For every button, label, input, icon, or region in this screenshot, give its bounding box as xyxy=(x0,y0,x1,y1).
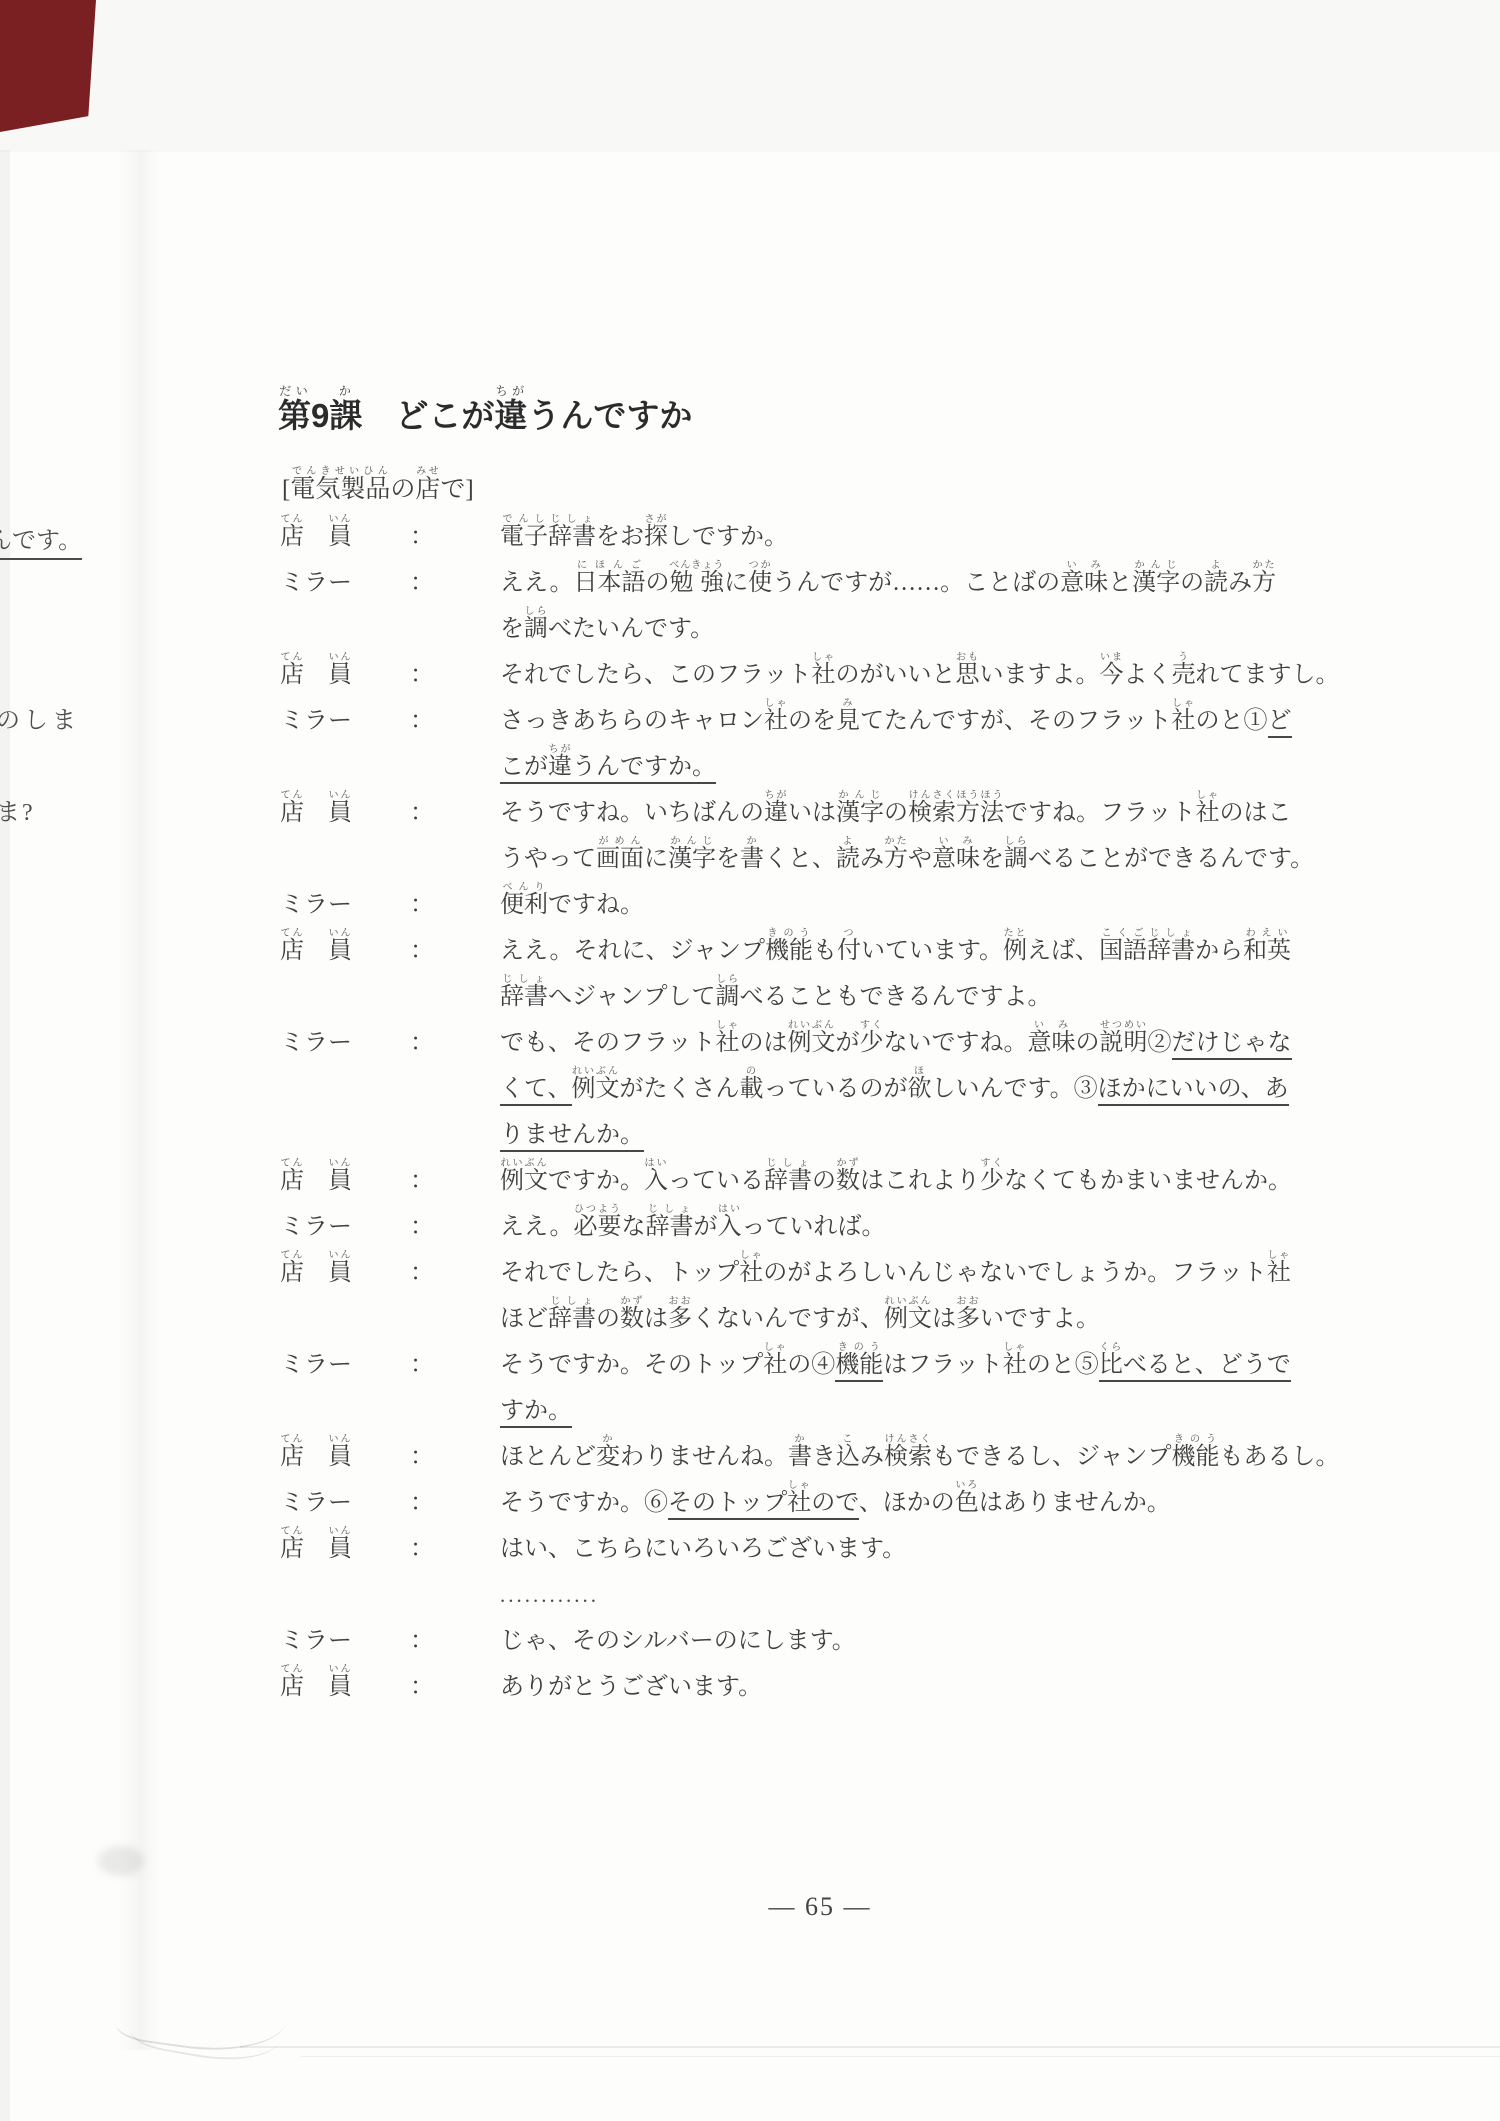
text-run: な xyxy=(621,1214,645,1240)
text-run: はありませんか。 xyxy=(979,1490,1171,1516)
text-run: を xyxy=(500,616,524,642)
book-cover-corner xyxy=(0,0,96,132)
furigana-text: 入はい xyxy=(717,1214,741,1240)
dialogue-line: 電子辞書でんしじしょをお探さがしですか。 xyxy=(500,514,1450,560)
text-run: ： xyxy=(410,1250,434,1296)
dialogue-lines: そうですね。いちばんの違ちがいは漢字かんじの検索方法けんさくほうほうですね。フラ… xyxy=(448,790,1450,882)
furigana-text: 日本語にほんご xyxy=(573,570,645,596)
dialogue-lines: ええ。必要ひつような辞書じしょが入はいっていれば。 xyxy=(448,1204,1450,1250)
speaker-label: 店てん 員いん： xyxy=(280,1664,448,1710)
furigana-text: 店てん xyxy=(280,514,304,560)
ellipsis-line: ............ xyxy=(500,1572,1450,1618)
text-run: ええ。 xyxy=(500,1214,573,1240)
speaker-label: ミラー： xyxy=(280,1020,448,1066)
dialogue-lines: 例文れいぶんですか。入はいっている辞書じしょの数かずはこれより少すくなくてもかま… xyxy=(448,1158,1450,1204)
furigana-text: 社しゃ xyxy=(1003,1352,1027,1378)
dialogue-line: くて、例文れいぶんがたくさん載のっているのが欲ほしいんです。③ほかにいいの、あ xyxy=(500,1066,1450,1112)
speaker-label: 店てん 員いん： xyxy=(280,514,448,560)
text-run: ： xyxy=(410,1480,434,1526)
furigana-text: 今いま xyxy=(1100,662,1124,688)
furigana-text: 店てん xyxy=(280,790,304,836)
furigana-text: 社しゃ xyxy=(763,1352,787,1378)
text-run: の xyxy=(884,800,908,826)
text-run: のがいいと xyxy=(836,662,956,688)
text-run: ミラー xyxy=(280,1342,352,1388)
text-run: ええ。 xyxy=(500,570,573,596)
furigana-text: 検索方法けんさくほうほう xyxy=(908,800,1004,826)
speaker-label: 店てん 員いん： xyxy=(280,1158,448,1204)
furigana-text: 意味いみ xyxy=(1028,1030,1076,1056)
speaker-label xyxy=(280,1572,448,1618)
text-run xyxy=(304,790,328,836)
dialogue-line: そうですか。そのトップ社しゃの④機能きのうはフラット社しゃのと⑤比くらべると、ど… xyxy=(500,1342,1450,1388)
furigana-text: 電気製品でんきせいひん xyxy=(290,476,390,503)
text-run xyxy=(304,1250,328,1296)
text-run: べたいんです。 xyxy=(548,616,714,642)
dialogue-line: はい、こちらにいろいろございます。 xyxy=(500,1526,1450,1572)
furigana-text: 員いん xyxy=(328,514,352,560)
text-run: べると、どうで xyxy=(1123,1352,1291,1378)
dialogue-turn: ミラー：じゃ、そのシルバーのにします。 xyxy=(280,1618,1450,1664)
furigana-text: 社しゃ xyxy=(716,1030,740,1056)
scene-setting-line: [電気製品でんきせいひんの店みせで] xyxy=(282,466,474,505)
text-run: を xyxy=(980,846,1004,872)
furigana-text: 員いん xyxy=(328,790,352,836)
underlined-text: くて、 xyxy=(500,1076,572,1106)
dialogue-section: 店てん 員いん：電子辞書でんしじしょをお探さがしですか。ミラー：ええ。日本語にほ… xyxy=(280,514,1450,1710)
furigana-text: 探さが xyxy=(644,524,668,550)
furigana-text: 方かた xyxy=(884,846,908,872)
dialogue-line: こが違ちがうんですか。 xyxy=(500,744,1450,790)
text-run: べることができるんです。 xyxy=(1028,846,1314,872)
dialogue-line: ええ。必要ひつような辞書じしょが入はいっていれば。 xyxy=(500,1204,1450,1250)
scanned-textbook-page: 第だい9課か どこが違ちがうんですか [電気製品でんきせいひんの店みせで] 店て… xyxy=(0,0,1500,2121)
furigana-text: 売う xyxy=(1172,662,1196,688)
dialogue-line: を調しらべたいんです。 xyxy=(500,606,1450,652)
text-run: へジャンプして xyxy=(548,984,716,1010)
text-run: ほとんど xyxy=(500,1444,596,1470)
furigana-text: 付つ xyxy=(837,938,861,964)
furigana-text: 店てん xyxy=(280,1434,304,1480)
margin-text-fragment: ま? xyxy=(0,792,35,827)
furigana-text: 辞書じしょ xyxy=(764,1168,812,1194)
text-run: はこれより xyxy=(860,1168,980,1194)
text-run: っている xyxy=(668,1168,764,1194)
text-run: に xyxy=(724,570,748,596)
dialogue-turn: 店てん 員いん：電子辞書でんしじしょをお探さがしですか。 xyxy=(280,514,1450,560)
furigana-text: 辞書じしょ xyxy=(548,1306,596,1332)
underlined-text: ほかにいいの、あ xyxy=(1098,1076,1289,1106)
furigana-text: 店てん xyxy=(280,652,304,698)
furigana-text: 社しゃ xyxy=(1172,708,1196,734)
text-run: うやって xyxy=(500,846,596,872)
underlined-text: そのトップ xyxy=(668,1490,787,1520)
furigana-text: 説明せつめい xyxy=(1100,1030,1148,1056)
dialogue-line: でも、そのフラット社しゃのは例文れいぶんが少すくないですね。意味いみの説明せつめ… xyxy=(500,1020,1450,1066)
furigana-text: 意味いみ xyxy=(932,846,980,872)
furigana-text: 多おお xyxy=(668,1306,692,1332)
speaker-label: 店てん 員いん： xyxy=(280,790,448,836)
text-run: ほど xyxy=(500,1306,548,1332)
text-run: が xyxy=(693,1214,717,1240)
furigana-text: 読よ xyxy=(836,846,860,872)
text-run: ： xyxy=(410,1020,434,1066)
text-run: ミラー xyxy=(280,560,352,606)
furigana-text: 員いん xyxy=(328,652,352,698)
text-run: はい、こちらにいろいろございます。 xyxy=(500,1536,906,1562)
dialogue-turn: ミラー：便利べんりですね。 xyxy=(280,882,1450,928)
text-run: ： xyxy=(410,1434,434,1480)
dialogue-lines: ええ。日本語にほんごの勉 強べんきょうに使つかうんですが……。ことばの意味いみと… xyxy=(448,560,1450,652)
text-run xyxy=(304,1664,328,1710)
dialogue-turn: 店てん 員いん：ありがとうございます。 xyxy=(280,1664,1450,1710)
text-run: み xyxy=(860,1444,884,1470)
furigana-text: 例文れいぶん xyxy=(788,1030,836,1056)
text-run: は xyxy=(932,1306,956,1332)
underlined-text: 違ちが xyxy=(548,754,572,784)
furigana-text: 込こ xyxy=(836,1444,860,1470)
text-run: ミラー xyxy=(280,698,352,744)
text-run: ............ xyxy=(500,1583,599,1607)
dialogue-line: さっきあちらのキャロン社しゃのを見みてたんですが、そのフラット社しゃのと①ど xyxy=(500,698,1450,744)
text-run: いています。 xyxy=(861,938,1003,964)
text-run: の xyxy=(1180,570,1204,596)
furigana-text: 検索けんさく xyxy=(884,1444,932,1470)
page-left-edge xyxy=(0,150,10,2121)
text-run: ： xyxy=(410,882,434,928)
lesson-title: 第だい9課か どこが違ちがうんですか xyxy=(278,384,692,434)
text-run: ： xyxy=(410,1158,434,1204)
dialogue-turn: 店てん 員いん：ええ。それに、ジャンプ機能きのうも付ついています。例たとえば、国… xyxy=(280,928,1450,1020)
text-run xyxy=(304,928,328,974)
furigana-text: 社しゃ xyxy=(812,662,836,688)
text-run: うんですか。 xyxy=(572,754,716,780)
furigana-text: 例たと xyxy=(1003,938,1027,964)
furigana-text: 多おお xyxy=(956,1306,980,1332)
text-run: っているのが xyxy=(764,1076,908,1102)
furigana-text: 必要ひつよう xyxy=(573,1214,621,1240)
furigana-text: 漢字かんじ xyxy=(1132,570,1180,596)
speaker-label: 店てん 員いん： xyxy=(280,1434,448,1480)
furigana-text: 第だい xyxy=(278,397,311,434)
furigana-text: 社しゃ xyxy=(739,1260,763,1286)
text-run: み xyxy=(860,846,884,872)
dialogue-turn: 店てん 員いん：そうですね。いちばんの違ちがいは漢字かんじの検索方法けんさくほう… xyxy=(280,790,1450,882)
furigana-text: 調しら xyxy=(716,984,740,1010)
dialogue-line: 例文れいぶんですか。入はいっている辞書じしょの数かずはこれより少すくなくてもかま… xyxy=(500,1158,1450,1204)
text-run: ② xyxy=(1148,1030,1172,1056)
furigana-text: 店てん xyxy=(280,1158,304,1204)
dialogue-turn: ミラー：そうですか。⑥そのトップ社しゃので、ほかの色いろはありませんか。 xyxy=(280,1480,1450,1526)
furigana-text: 書か xyxy=(740,846,764,872)
text-run: ： xyxy=(410,698,434,744)
text-run: ミラー xyxy=(280,882,352,928)
furigana-text: 違ちが xyxy=(548,754,572,780)
text-run: ： xyxy=(410,1664,434,1710)
furigana-text: 便利べんり xyxy=(500,892,548,918)
furigana-text: 例文れいぶん xyxy=(884,1306,932,1332)
text-run: の xyxy=(390,476,415,503)
furigana-text: 思おも xyxy=(956,662,980,688)
text-run: のはこ xyxy=(1220,800,1292,826)
text-run: ： xyxy=(410,1204,434,1250)
page-number: — 65 — xyxy=(280,1892,1360,1922)
text-run: てたんですが、そのフラット xyxy=(860,708,1172,734)
text-run: をお xyxy=(596,524,644,550)
dialogue-turn: ............ xyxy=(280,1572,1450,1618)
text-run: ： xyxy=(410,790,434,836)
text-run: さっきあちらのキャロン xyxy=(500,708,764,734)
text-run: き xyxy=(812,1444,836,1470)
text-run: のがよろしいんじゃないでしょうか。フラット xyxy=(763,1260,1267,1286)
furigana-text: 員いん xyxy=(328,1250,352,1296)
dialogue-line: そうですか。⑥そのトップ社しゃので、ほかの色いろはありませんか。 xyxy=(500,1480,1450,1526)
dialogue-line: ありがとうございます。 xyxy=(500,1664,1450,1710)
text-run: ： xyxy=(410,560,434,606)
dialogue-line: すか。 xyxy=(500,1388,1450,1434)
dialogue-line: 辞書じしょへジャンプして調しらべることもできるんですよ。 xyxy=(500,974,1450,1020)
underlined-text: すか。 xyxy=(500,1398,572,1428)
furigana-text: 載の xyxy=(740,1076,764,1102)
text-run: の xyxy=(812,1168,836,1194)
furigana-text: 和英わえい xyxy=(1243,938,1291,964)
text-run: のを xyxy=(788,708,836,734)
text-run: うんですか xyxy=(527,397,692,434)
text-run: も xyxy=(813,938,837,964)
dialogue-turn: 店てん 員いん：ほとんど変かわりませんね。書かき込こみ検索けんさくもできるし、ジ… xyxy=(280,1434,1450,1480)
dialogue-turn: ミラー：そうですか。そのトップ社しゃの④機能きのうはフラット社しゃのと⑤比くらべ… xyxy=(280,1342,1450,1434)
furigana-text: 読よ xyxy=(1204,570,1228,596)
furigana-text: 違ちが xyxy=(494,397,527,434)
text-run: そうですね。いちばんの xyxy=(500,800,764,826)
text-run: ですね。 xyxy=(548,892,644,918)
dialogue-line: ええ。日本語にほんごの勉 強べんきょうに使つかうんですが……。ことばの意味いみと… xyxy=(500,560,1450,606)
furigana-text: 勉 強べんきょう xyxy=(669,570,724,596)
text-run: そのトップ xyxy=(668,1490,787,1516)
text-run: しいんです。③ xyxy=(932,1076,1098,1102)
dialogue-turn: ミラー：さっきあちらのキャロン社しゃのを見みてたんですが、そのフラット社しゃのと… xyxy=(280,698,1450,790)
dialogue-lines: 電子辞書でんしじしょをお探さがしですか。 xyxy=(448,514,1450,560)
text-run: のと⑤ xyxy=(1027,1352,1099,1378)
text-run: ミラー xyxy=(280,1204,352,1250)
furigana-text: 課か xyxy=(329,397,362,434)
dialogue-lines: そうですか。そのトップ社しゃの④機能きのうはフラット社しゃのと⑤比くらべると、ど… xyxy=(448,1342,1450,1434)
text-run: こが xyxy=(500,754,548,780)
text-run: の xyxy=(1076,1030,1100,1056)
dialogue-line: りませんか。 xyxy=(500,1112,1450,1158)
text-run: が xyxy=(836,1030,860,1056)
page-gutter-shadow xyxy=(118,150,160,2050)
text-run: もあるし。 xyxy=(1220,1444,1340,1470)
dialogue-line: ほど辞書じしょの数かずは多おおくないんですが、例文れいぶんは多おおいですよ。 xyxy=(500,1296,1450,1342)
furigana-text: 例文れいぶん xyxy=(572,1076,620,1102)
speaker-label: 店てん 員いん： xyxy=(280,928,448,974)
text-run: で] xyxy=(440,476,473,503)
text-run: それでしたら、このフラット xyxy=(500,662,812,688)
text-run: ええ。それに、ジャンプ xyxy=(500,938,765,964)
text-run: しですか。 xyxy=(668,524,788,550)
text-run: ありがとうございます。 xyxy=(500,1674,762,1700)
dialogue-turn: ミラー：でも、そのフラット社しゃのは例文れいぶんが少すくないですね。意味いみの説… xyxy=(280,1020,1450,1158)
text-run: えば、 xyxy=(1027,938,1099,964)
text-run xyxy=(304,1434,328,1480)
page-bottom-edge xyxy=(300,2056,1500,2057)
text-run: の xyxy=(645,570,669,596)
furigana-text: 店てん xyxy=(280,1526,304,1572)
dialogue-line: そうですね。いちばんの違ちがいは漢字かんじの検索方法けんさくほうほうですね。フラ… xyxy=(500,790,1450,836)
text-run: ど xyxy=(1268,708,1292,734)
page-bottom-edge xyxy=(240,2046,1500,2048)
speaker-label: ミラー： xyxy=(280,1618,448,1664)
text-run: すか。 xyxy=(500,1398,572,1424)
text-run: ： xyxy=(410,1342,434,1388)
furigana-text: 違ちが xyxy=(764,800,788,826)
speaker-label: ミラー： xyxy=(280,560,448,606)
furigana-text: 機能きのう xyxy=(765,938,813,964)
dialogue-line: じゃ、そのシルバーのにします。 xyxy=(500,1618,1450,1664)
text-run: ミラー xyxy=(280,1480,352,1526)
dialogue-turn: 店てん 員いん：例文れいぶんですか。入はいっている辞書じしょの数かずはこれより少… xyxy=(280,1158,1450,1204)
scan-top-strip xyxy=(0,0,1500,152)
furigana-text: 員いん xyxy=(328,1158,352,1204)
text-run: は xyxy=(644,1306,668,1332)
text-run: もできるし、ジャンプ xyxy=(932,1444,1172,1470)
text-run xyxy=(304,1526,328,1572)
dialogue-turn: 店てん 員いん：はい、こちらにいろいろございます。 xyxy=(280,1526,1450,1572)
furigana-text: 店みせ xyxy=(415,476,440,503)
text-run: なくてもかまいませんか。 xyxy=(1004,1168,1292,1194)
furigana-text: 入はい xyxy=(644,1168,668,1194)
furigana-text: 調しら xyxy=(1004,846,1028,872)
text-run: でも、そのフラット xyxy=(500,1030,716,1056)
furigana-text: 店てん xyxy=(280,1664,304,1710)
furigana-text: 辞書じしょ xyxy=(500,984,548,1010)
text-run: そうですか。⑥ xyxy=(500,1490,668,1516)
furigana-text: 少すく xyxy=(980,1168,1004,1194)
furigana-text: 数かず xyxy=(620,1306,644,1332)
text-run: み xyxy=(1228,570,1252,596)
text-run: ： xyxy=(410,928,434,974)
text-run: りませんか。 xyxy=(500,1122,644,1148)
underlined-text: ので xyxy=(811,1490,859,1520)
text-run: そうですか。そのトップ xyxy=(500,1352,763,1378)
text-run: じゃ、そのシルバーのにします。 xyxy=(500,1628,856,1654)
furigana-text: 漢字かんじ xyxy=(836,800,884,826)
dialogue-lines: さっきあちらのキャロン社しゃのを見みてたんですが、そのフラット社しゃのと①どこが… xyxy=(448,698,1450,790)
text-run: の xyxy=(596,1306,620,1332)
underlined-text: だけじゃな xyxy=(1172,1030,1292,1060)
furigana-text: 漢字かんじ xyxy=(668,846,716,872)
speaker-label: ミラー： xyxy=(280,882,448,928)
dialogue-turn: 店てん 員いん：それでしたら、トップ社しゃのがよろしいんじゃないでしょうか。フラ… xyxy=(280,1250,1450,1342)
furigana-text: 機能きのう xyxy=(835,1352,883,1378)
dialogue-lines: ありがとうございます。 xyxy=(448,1664,1450,1710)
furigana-text: 店てん xyxy=(280,928,304,974)
furigana-text: 店てん xyxy=(280,1250,304,1296)
text-run: どこが xyxy=(395,397,494,434)
text-run: べることもできるんですよ。 xyxy=(740,984,1052,1010)
text-run: がたくさん xyxy=(620,1076,740,1102)
underlined-text: うんですか。 xyxy=(572,754,716,784)
text-run xyxy=(304,1158,328,1204)
furigana-text: 国語辞書こくごじしょ xyxy=(1099,938,1195,964)
dialogue-lines: はい、こちらにいろいろございます。 xyxy=(448,1526,1450,1572)
furigana-text: 方かた xyxy=(1252,570,1276,596)
scan-smudge xyxy=(98,1846,144,1876)
furigana-text: 書か xyxy=(788,1444,812,1470)
furigana-text: 員いん xyxy=(328,1526,352,1572)
text-run: ： xyxy=(410,1526,434,1572)
text-run: のと① xyxy=(1196,708,1268,734)
text-run xyxy=(304,514,328,560)
dialogue-lines: ............ xyxy=(448,1572,1450,1618)
text-run: から xyxy=(1195,938,1243,964)
dialogue-lines: ええ。それに、ジャンプ機能きのうも付ついています。例たとえば、国語辞書こくごじし… xyxy=(448,928,1450,1020)
text-run: ： xyxy=(410,514,434,560)
dialogue-line: それでしたら、トップ社しゃのがよろしいんじゃないでしょうか。フラット社しゃ xyxy=(500,1250,1450,1296)
dialogue-lines: そうですか。⑥そのトップ社しゃので、ほかの色いろはありませんか。 xyxy=(448,1480,1450,1526)
furigana-text: 社しゃ xyxy=(787,1490,811,1516)
text-run: ： xyxy=(410,1618,434,1664)
text-run: それでしたら、トップ xyxy=(500,1260,739,1286)
speaker-label: 店てん 員いん： xyxy=(280,1250,448,1296)
dialogue-turn: ミラー：ええ。日本語にほんごの勉 強べんきょうに使つかうんですが……。ことばの意… xyxy=(280,560,1450,652)
speaker-label: 店てん 員いん： xyxy=(280,652,448,698)
text-run: 9 xyxy=(311,397,329,434)
text-run: ミラー xyxy=(280,1618,352,1664)
text-run: ですね。フラット xyxy=(1004,800,1196,826)
furigana-text: 員いん xyxy=(328,1664,352,1710)
furigana-text: 社しゃ xyxy=(1196,800,1220,826)
furigana-text: 社しゃ xyxy=(764,708,788,734)
margin-text-fragment: のしま xyxy=(0,700,80,735)
furigana-text: 意味いみ xyxy=(1060,570,1108,596)
furigana-text: 変か xyxy=(596,1444,620,1470)
dialogue-line: ええ。それに、ジャンプ機能きのうも付ついています。例たとえば、国語辞書こくごじし… xyxy=(500,928,1450,974)
underlined-text: こが xyxy=(500,754,548,784)
text-run: を xyxy=(716,846,740,872)
furigana-text: 比くら xyxy=(1099,1352,1123,1378)
dialogue-lines: それでしたら、トップ社しゃのがよろしいんじゃないでしょうか。フラット社しゃほど辞… xyxy=(448,1250,1450,1342)
text-run: ミラー xyxy=(280,1020,352,1066)
furigana-text: 例文れいぶん xyxy=(500,1168,548,1194)
furigana-text: 数かず xyxy=(836,1168,860,1194)
text-run: はフラット xyxy=(883,1352,1003,1378)
dialogue-lines: 便利べんりですね。 xyxy=(448,882,1450,928)
speaker-label: ミラー： xyxy=(280,1204,448,1250)
underlined-text: 社しゃ xyxy=(787,1490,811,1520)
underlined-text: べると、どうで xyxy=(1123,1352,1291,1382)
dialogue-lines: ほとんど変かわりませんね。書かき込こみ検索けんさくもできるし、ジャンプ機能きのう… xyxy=(448,1434,1450,1480)
text-run: くて、 xyxy=(500,1076,572,1102)
text-run: 、ほかの xyxy=(859,1490,955,1516)
furigana-text: 調しら xyxy=(524,616,548,642)
speaker-label: ミラー： xyxy=(280,1342,448,1388)
margin-text-fragment: んです。 xyxy=(0,520,82,560)
furigana-text: 画面がめん xyxy=(596,846,644,872)
speaker-label: ミラー： xyxy=(280,698,448,744)
text-run: いますよ。 xyxy=(980,662,1100,688)
underlined-text: 機能きのう xyxy=(835,1352,883,1382)
text-run: ほかにいいの、あ xyxy=(1098,1076,1289,1102)
text-run: いですよ。 xyxy=(980,1306,1100,1332)
text-run: よく xyxy=(1124,662,1172,688)
dialogue-lines: でも、そのフラット社しゃのは例文れいぶんが少すくないですね。意味いみの説明せつめ… xyxy=(448,1020,1450,1158)
furigana-text: 欲ほ xyxy=(908,1076,932,1102)
furigana-text: 員いん xyxy=(328,1434,352,1480)
furigana-text: 少すく xyxy=(860,1030,884,1056)
dialogue-line: 便利べんりですね。 xyxy=(500,882,1450,928)
